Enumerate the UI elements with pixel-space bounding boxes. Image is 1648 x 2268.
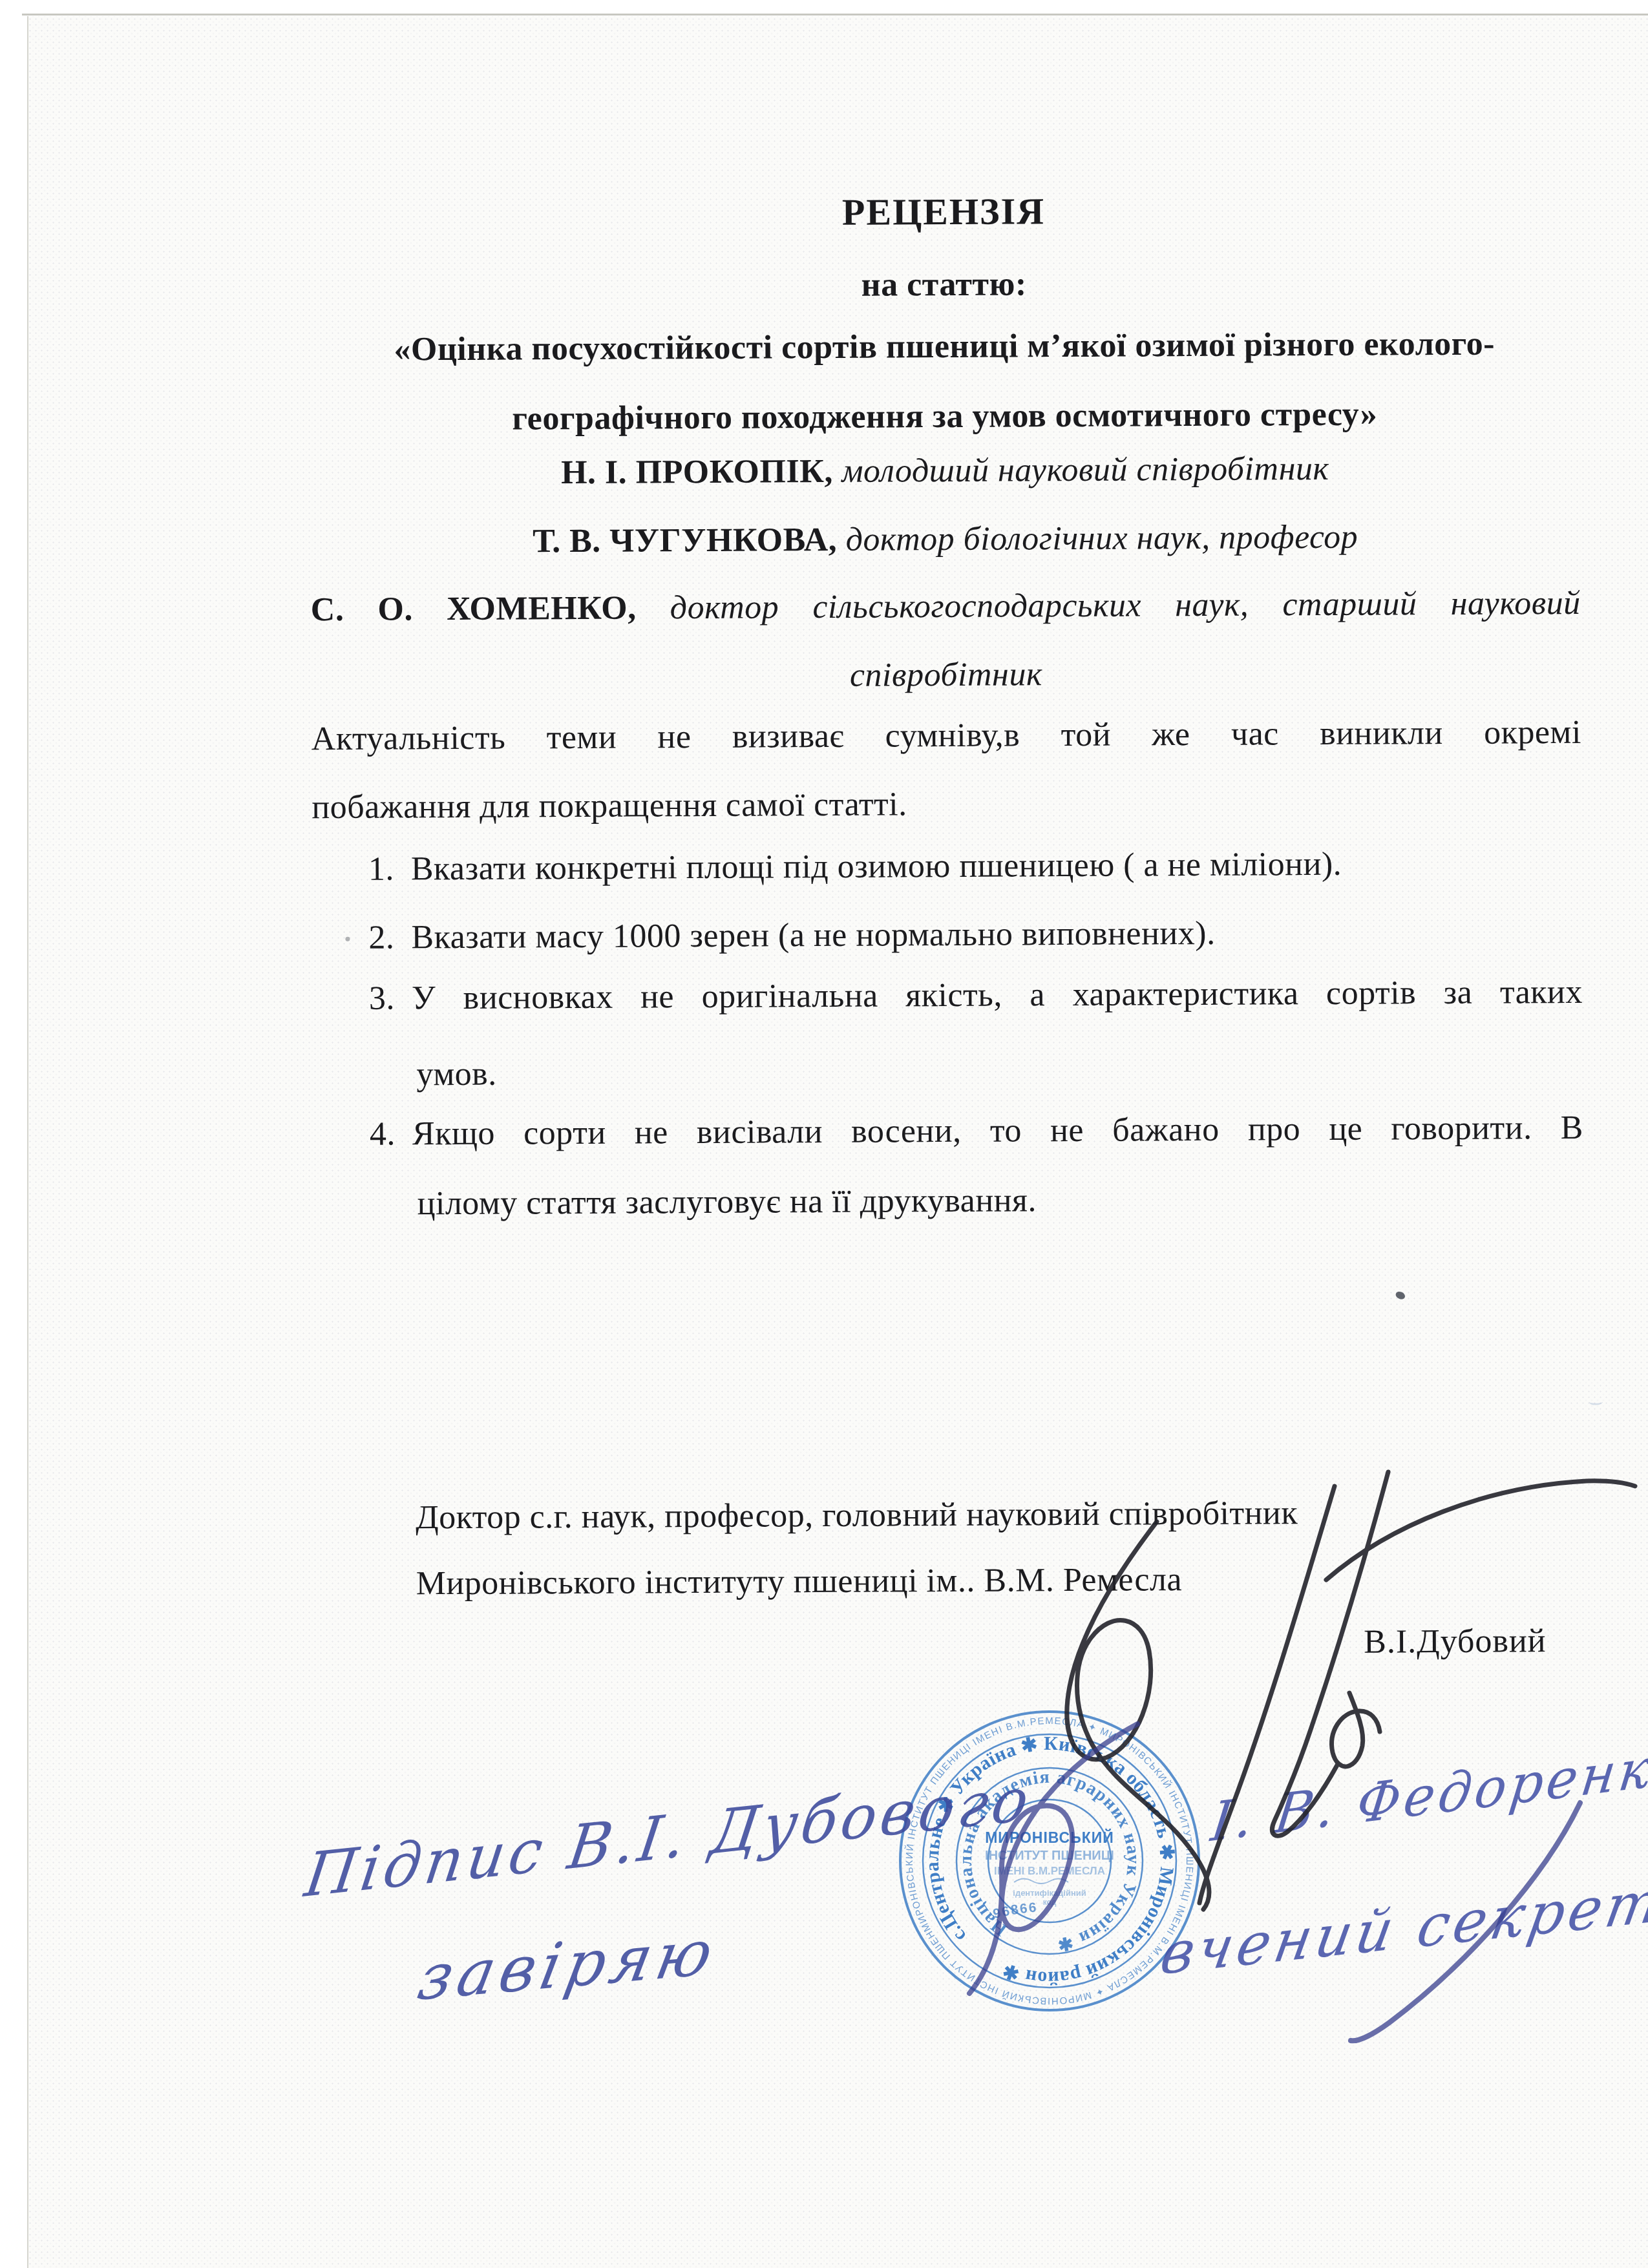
document-subtitle: на статтю: [309, 262, 1579, 308]
list-item-3: 3.У висновках не оригінальна якість, а х… [369, 973, 1583, 1018]
list-item-1-number: 1. [368, 850, 394, 887]
list-item-4: 4.Якщо сорти не висівали восени, то не б… [370, 1109, 1583, 1154]
article-title-line-1: «Оцінка посухостійкості сортів пшениці м… [309, 324, 1579, 370]
author-2-name: Т. В. ЧУГУНКОВА, [533, 521, 837, 560]
signer-name: В.І.Дубовий [1364, 1622, 1547, 1661]
author-1-role: молодший науковий співробітник [841, 450, 1329, 490]
document-title: РЕЦЕНЗІЯ [308, 187, 1578, 237]
ink-speck [1395, 1290, 1406, 1301]
author-line-2: Т. В. ЧУГУНКОВА, доктор біологічних наук… [310, 517, 1580, 562]
author-3-name: С. О. ХОМЕНКО, [311, 590, 637, 629]
author-2-role: доктор біологічних наук, професор [845, 519, 1358, 558]
list-item-4-text: Якщо сорти не висівали восени, то не баж… [412, 1109, 1583, 1152]
list-item-2-number: 2. [368, 919, 394, 956]
list-item-4-number: 4. [370, 1115, 396, 1152]
list-item-3-text: У висновках не оригінальна якість, а хар… [412, 974, 1583, 1016]
signoff-line-1: Доктор с.г. наук, професор, головний нау… [416, 1494, 1298, 1537]
intro-line-2: побажання для покращення самої статті. [312, 782, 1581, 827]
author-3-role-carryover: співробітник [311, 653, 1581, 698]
faint-pen-mark [1589, 1398, 1603, 1405]
list-item-1: 1.Вказати конкретні площі під озимою пше… [368, 844, 1582, 889]
list-item-2-text: Вказати масу 1000 зерен (а не нормально … [411, 915, 1215, 956]
author-line-3: С. О. ХОМЕНКО, доктор сільськогосподарсь… [311, 584, 1581, 629]
author-1-name: Н. І. ПРОКОПІК, [561, 453, 833, 491]
author-3-role: доктор сільськогосподарських наук, старш… [670, 585, 1581, 626]
list-item-2: 2.Вказати масу 1000 зерен (а не нормальн… [368, 912, 1582, 958]
intro-line-1: Актуальність теми не визиває сумніву,в т… [312, 713, 1581, 759]
ink-dot [345, 937, 350, 941]
article-title-line-2: географічного походження за умов осмотич… [310, 394, 1579, 439]
signoff-line-2: Миронівського інституту пшениці ім.. В.М… [416, 1560, 1182, 1603]
list-item-4-continuation: цілому стаття заслуговує на її друкуванн… [417, 1179, 1583, 1223]
author-line-1: Н. І. ПРОКОПІК, молодший науковий співро… [310, 448, 1579, 494]
list-item-3-number: 3. [369, 980, 395, 1016]
list-item-1-text: Вказати конкретні площі під озимою пшени… [411, 846, 1342, 888]
list-item-3-continuation: умов. [416, 1049, 1583, 1094]
